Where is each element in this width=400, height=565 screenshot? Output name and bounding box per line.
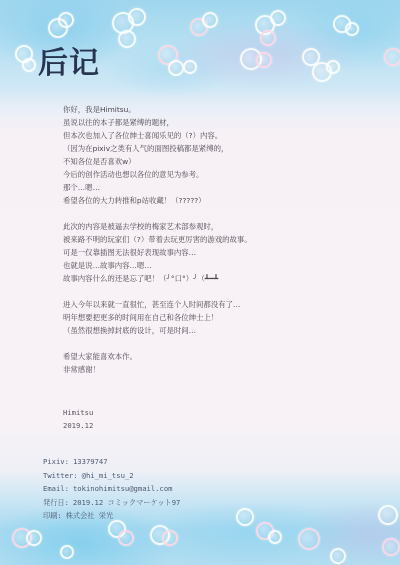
bubble-icon bbox=[298, 528, 320, 550]
page-title: 后记 bbox=[38, 38, 100, 82]
credit-label: 発行日: bbox=[43, 498, 69, 507]
bubble-icon bbox=[118, 30, 136, 48]
paragraph-year: 进入今年以来就一直很忙，甚至连个人时间都没有了… 明年想要把更多的时间用在自己和… bbox=[63, 298, 363, 337]
paragraph-gap bbox=[63, 207, 363, 220]
credit-email: Email:tokinohimitsu@gmail.com bbox=[43, 482, 180, 496]
credits-block: Pixiv:13379747 Twitter:@hi_mi_tsu_2 Emai… bbox=[43, 455, 180, 523]
bubble-icon bbox=[58, 12, 74, 28]
text-line: 希望各位的大力转推和p站收藏！（?????） bbox=[63, 194, 363, 207]
paragraph-story: 此次的内容是被逼去学校的梅家艺术部参观时， 被来路不明的玩家们（?）带着去玩更厉… bbox=[63, 220, 363, 285]
bubble-icon bbox=[270, 10, 286, 26]
bubble-icon bbox=[22, 58, 36, 72]
bubble-icon bbox=[382, 538, 400, 556]
text-line: 但本次也加入了各位绅士喜闻乐见的（?）内容。 bbox=[63, 129, 363, 142]
credit-value: @hi_mi_tsu_2 bbox=[82, 471, 134, 480]
credit-label: Twitter: bbox=[43, 471, 78, 480]
text-line: 可是一仅靠插图无法很好表现故事内容… bbox=[63, 246, 363, 259]
bubble-icon bbox=[202, 12, 218, 28]
bubble-icon bbox=[118, 530, 134, 546]
paragraph-gap bbox=[63, 285, 363, 298]
text-line: 被来路不明的玩家们（?）带着去玩更厉害的游戏的故事。 bbox=[63, 233, 363, 246]
text-line: 希望大家能喜欢本作。 bbox=[63, 350, 363, 363]
bubble-icon bbox=[236, 508, 254, 526]
text-line: 进入今年以来就一直很忙，甚至连个人时间都没有了… bbox=[63, 298, 363, 311]
credit-value: 13379747 bbox=[73, 457, 108, 466]
bubble-icon bbox=[326, 60, 340, 74]
text-line: 明年想要把更多的时间用在自己和各位绅士上！ bbox=[63, 311, 363, 324]
text-line: （因为在pixiv之类有人气的面图投稿都是紧缚的， bbox=[63, 142, 363, 155]
bubble-icon bbox=[162, 530, 178, 546]
paragraph-gap bbox=[63, 337, 363, 350]
text-line: 今后的创作活动也想以各位的意见为参考。 bbox=[63, 168, 363, 181]
text-line: 非常感谢！ bbox=[63, 363, 363, 376]
text-line: 也就是说…故事内容…嗯… bbox=[63, 259, 363, 272]
bubble-icon bbox=[378, 505, 398, 525]
credit-label: Email: bbox=[43, 484, 69, 493]
text-line: 不知各位是否喜欢w） bbox=[63, 155, 363, 168]
credit-twitter: Twitter:@hi_mi_tsu_2 bbox=[43, 469, 180, 483]
bubble-icon bbox=[60, 545, 74, 559]
credit-publish-date: 発行日:2019.12 コミックマーケット97 bbox=[43, 496, 180, 510]
text-line: 故事内容什么的还是忘了吧！（╯°口°）╯（┻━┻ bbox=[63, 272, 363, 285]
credit-printer: 印刷:株式会社 栄光 bbox=[43, 509, 180, 523]
paragraph-intro: 你好，我是Himitsu。 虽说以往的本子都是紧缚的题材， 但本次也加入了各位绅… bbox=[63, 103, 363, 207]
bubble-icon bbox=[128, 8, 146, 26]
signature-date: 2019.12 bbox=[63, 419, 93, 432]
bubble-icon bbox=[26, 530, 42, 546]
credit-label: 印刷: bbox=[43, 511, 62, 520]
signature-name: Himitsu bbox=[63, 406, 93, 419]
paragraph-thanks: 希望大家能喜欢本作。 非常感谢！ bbox=[63, 350, 363, 376]
bubble-icon bbox=[345, 22, 359, 36]
bubble-icon bbox=[268, 530, 282, 544]
afterword-body: 你好，我是Himitsu。 虽说以往的本子都是紧缚的题材， 但本次也加入了各位绅… bbox=[63, 103, 363, 376]
text-line: 你好，我是Himitsu。 bbox=[63, 103, 363, 116]
text-line: 此次的内容是被逼去学校的梅家艺术部参观时， bbox=[63, 220, 363, 233]
text-line: （虽然很想换掉封底的设计，可是时间… bbox=[63, 324, 363, 337]
credit-pixiv: Pixiv:13379747 bbox=[43, 455, 180, 469]
bubble-icon bbox=[168, 60, 184, 76]
text-line: 虽说以往的本子都是紧缚的题材， bbox=[63, 116, 363, 129]
bubble-icon bbox=[384, 48, 400, 66]
afterword-page: 后记 你好，我是Himitsu。 虽说以往的本子都是紧缚的题材， 但本次也加入了… bbox=[0, 0, 400, 565]
credit-value: 2019.12 コミックマーケット97 bbox=[73, 498, 180, 507]
text-line: 那个…嗯… bbox=[63, 181, 363, 194]
bubble-icon bbox=[260, 30, 276, 46]
credit-label: Pixiv: bbox=[43, 457, 69, 466]
bubble-icon bbox=[330, 548, 346, 564]
bubble-icon bbox=[256, 52, 272, 68]
signature: Himitsu 2019.12 bbox=[63, 406, 93, 432]
bubble-icon bbox=[183, 60, 197, 74]
credit-value: tokinohimitsu@gmail.com bbox=[73, 484, 173, 493]
credit-value: 株式会社 栄光 bbox=[66, 511, 113, 520]
